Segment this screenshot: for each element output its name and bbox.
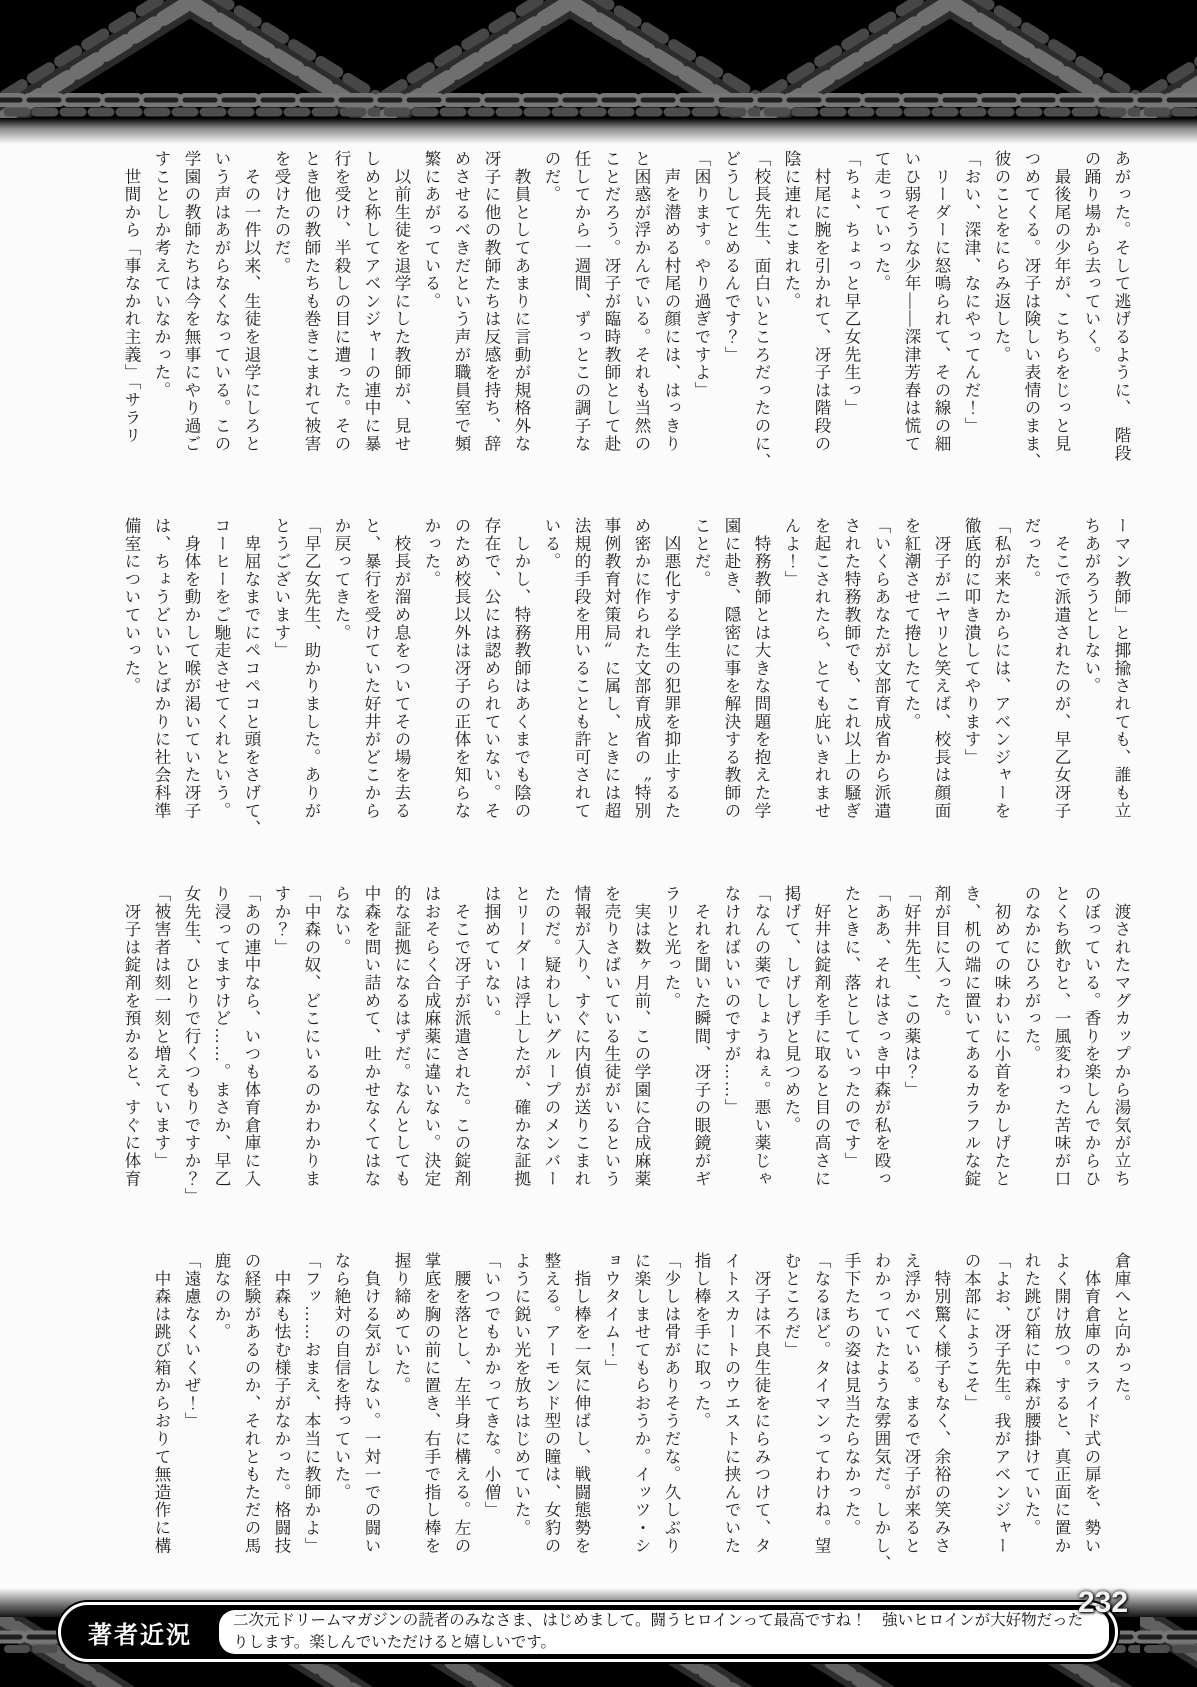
text-line: 「ああ、それはさっき中森が私を殴っ [866, 885, 896, 1223]
text-line: 冴子は錠剤を預かると、すぐに体育 [116, 885, 146, 1223]
text-line: 「私が来たからには、アベンジャーを [986, 517, 1016, 855]
text-line: のなかにひろがった。 [1016, 885, 1046, 1223]
text-line: 冴子は不良生徒をにらみつけて、タ [746, 1252, 776, 1590]
text-line: された特務教師でも、これ以上の騒ぎ [836, 517, 866, 855]
text-line: なら絶対の自信を持っていた。 [326, 1252, 356, 1590]
text-line: 「被害者は刻一刻と増えています」 [146, 885, 176, 1223]
text-line: 女先生、ひとりで行くつもりですか？」 [176, 885, 206, 1223]
text-line: 備室についていった。 [116, 517, 146, 855]
text-line: き、机の端に置いてあるカラフルな錠 [956, 885, 986, 1223]
text-line: 世間から「事なかれ主義」「サラリ [116, 150, 146, 488]
text-line: 渡されたマグカップから湯気が立ち [1106, 885, 1136, 1223]
text-line: 行を受け、半殺しの目に遭った。その [326, 150, 356, 488]
text-line: 「いつでもかかってきな。小僧」 [476, 1252, 506, 1590]
text-line: 鹿なのか。 [206, 1252, 236, 1590]
text-line: いる。 [536, 517, 566, 855]
text-line: とき他の教師たちも巻きこまれて被害 [296, 150, 326, 488]
text-band: 倉庫へと向かった。 体育倉庫のスライド式の扉を、勢いよく開け放つ。すると、真正面… [112, 1252, 1136, 1590]
text-line: 法規的手段を用いることも許可されて [566, 517, 596, 855]
text-line: ように鋭い光を放ちはじめていた。 [506, 1252, 536, 1590]
text-line: たのだ。疑わしいグループのメンバー [536, 885, 566, 1223]
text-line: 倉庫へと向かった。 [1106, 1252, 1136, 1590]
text-line: しかし、特務教師はあくまでも陰の [506, 517, 536, 855]
text-line: んよ！」 [776, 517, 806, 855]
text-line: 「中森の奴、どこにいるのかわかりま [296, 885, 326, 1223]
text-line: 負ける気がしない。一対一での闘い [356, 1252, 386, 1590]
text-line: ちあがろうとしない。 [1076, 517, 1106, 855]
text-band: あがった。そして逃げるように、 階段の踊り場から去っていく。 最後尾の少年が、こ… [112, 150, 1136, 488]
text-line: とくち飲むと、一風変わった苦味が口 [1046, 885, 1076, 1223]
text-line: 掲げて、しげしげと見つめた。 [776, 885, 806, 1223]
author-note-textbox: 二次元ドリームマガジンの読者のみなさま、はじめまして。闘うヒロインって最高ですね… [219, 1610, 1109, 1654]
text-line: つめてくる。冴子は険しい表情のまま、 [1016, 150, 1046, 488]
text-line: しめと称してアベンジャーの連中に暴 [356, 150, 386, 488]
text-line: いひ弱そうな少年――深津芳春は慌て [896, 150, 926, 488]
text-line: その一件以来、生徒を退学にしろと [236, 150, 266, 488]
text-line: 彼のことをにらみ返した。 [986, 150, 1016, 488]
text-line: 特務教師とは大きな問題を抱えた学 [746, 517, 776, 855]
text-line: ーマン教師」と揶揄されても、誰も立 [1106, 517, 1136, 855]
text-line: あがった。そして逃げるように、 階段 [1106, 150, 1136, 488]
text-line: 中森も怯む様子がなかった。格闘技 [266, 1252, 296, 1590]
text-line: リーダーに怒鳴られて、その線の細 [926, 150, 956, 488]
text-line: むところだ」 [776, 1252, 806, 1590]
text-line: 「おい、深津、なにやってんだ！」 [956, 150, 986, 488]
text-line: 事例教育対策局〟に属し、ときには超 [596, 517, 626, 855]
text-line: 卑屈なまでにペコペコと頭をさげて、 [236, 517, 266, 855]
text-line: いう声はあがらなくなっている。この [206, 150, 236, 488]
text-line: 「よお、冴子先生。我がアベンジャー [986, 1252, 1016, 1590]
text-line: か戻ってきた。 [326, 517, 356, 855]
text-line: 存在で、公には認められていない。そ [476, 517, 506, 855]
text-line: 実は数ヶ月前、この学園に合成麻薬 [626, 885, 656, 1223]
novel-text: あがった。そして逃げるように、 階段の踊り場から去っていく。 最後尾の少年が、こ… [112, 150, 1136, 1590]
text-line: 「なんの薬でしょうねぇ。悪い薬じゃ [746, 885, 776, 1223]
text-line: れた跳び箱に中森が腰掛けていた。 [1016, 1252, 1046, 1590]
text-line: を受けたのだ。 [266, 150, 296, 488]
text-line: すか？」 [266, 885, 296, 1223]
text-line: とリーダーは浮上したが、確かな証拠 [506, 885, 536, 1223]
text-line: 剤が目に入った。 [926, 885, 956, 1223]
text-band: 渡されたマグカップから湯気が立ちのぼっている。香りを楽しんでからひとくち飲むと、… [112, 885, 1136, 1223]
text-line: だった。 [1016, 517, 1046, 855]
text-line: 「いくらあなたが文部育成省から派遣 [866, 517, 896, 855]
text-line: 「少しは骨がありそうだな。久しぶり [656, 1252, 686, 1590]
text-line: 「あの連中なら、いつも体育倉庫に入 [236, 885, 266, 1223]
text-line: ことだ。 [686, 517, 716, 855]
page-number: 232 [1078, 1586, 1128, 1620]
text-line: 腰を落とし、左半身に構える。左の [446, 1252, 476, 1590]
text-line: の踊り場から去っていく。 [1076, 150, 1106, 488]
text-line: 「校長先生、面白いところだったのに、 [746, 150, 776, 488]
text-line: ョウタイム！」 [596, 1252, 626, 1590]
text-line: イトスカートのウエストに挟んでいた [716, 1252, 746, 1590]
text-band: ーマン教師」と揶揄されても、誰も立ちあがろうとしない。 そこで派遣されたのが、早… [112, 517, 1136, 855]
text-line: 指し棒を手に取った。 [686, 1252, 716, 1590]
text-line: を売りさばいている生徒がいるという [596, 885, 626, 1223]
text-line: 教員としてあまりに言動が規格外な [506, 150, 536, 488]
text-line: は、ちょうどいいとばかりに社会科準 [146, 517, 176, 855]
text-line: に楽しませてもらおうか。イッツ・シ [626, 1252, 656, 1590]
text-line: を紅潮させて捲したてた。 [896, 517, 926, 855]
text-line: 初めての味わいに小首をかしげたと [986, 885, 1016, 1223]
text-line: え浮かべている。まるで冴子が来ると [896, 1252, 926, 1590]
text-line: 園に赴き、隠密に事を解決する教師の [716, 517, 746, 855]
text-line: 身体を動かして喉が渇いていた冴子 [176, 517, 206, 855]
text-line: 村尾に腕を引かれて、冴子は階段の [806, 150, 836, 488]
text-line: 手下たちの姿は見当たらなかった。 [836, 1252, 866, 1590]
text-line: ことだろう。冴子が臨時教師として赴 [596, 150, 626, 488]
text-line: わかっていたような雰囲気だ。しかし、 [866, 1252, 896, 1590]
text-line: のだ。 [536, 150, 566, 488]
text-line: 体育倉庫のスライド式の扉を、勢い [1076, 1252, 1106, 1590]
top-fade-gradient [0, 118, 1197, 144]
text-line: 「フッ……おまえ、本当に教師かよ」 [296, 1252, 326, 1590]
text-line: り浸ってますけど……。まさか、早乙 [206, 885, 236, 1223]
text-line: 冴子がニヤリと笑えば、校長は顔面 [926, 517, 956, 855]
text-line: 凶悪化する学生の犯罪を抑止するた [656, 517, 686, 855]
text-line: 「困ります。やり過ぎですよ」 [686, 150, 716, 488]
text-line: すことしか考えていなかった。 [146, 150, 176, 488]
text-line: め密かに作られた文部育成省の〝特別 [626, 517, 656, 855]
text-line: 「遠慮なくいくぜ！」 [176, 1252, 206, 1590]
author-note: 著者近況 二次元ドリームマガジンの読者のみなさま、はじめまして。闘うヒロインって… [58, 1602, 1118, 1662]
text-line: たときに、落としていったのです」 [836, 885, 866, 1223]
text-line: のぼっている。香りを楽しんでからひ [1076, 885, 1106, 1223]
text-line: 学園の教師たちは今を無事にやり過ご [176, 150, 206, 488]
text-line: は掴めていない。 [476, 885, 506, 1223]
text-line: めさせるべきだという声が職員室で頻 [446, 150, 476, 488]
text-line: 最後尾の少年が、こちらをじっと見 [1046, 150, 1076, 488]
chain-border-top [0, 0, 1197, 118]
text-line: 掌底を胸の前に置き、右手で指し棒を [416, 1252, 446, 1590]
text-line: 整える。アーモンド型の瞳は、女豹の [536, 1252, 566, 1590]
text-line: 「なるほど。タイマンってわけね。望 [806, 1252, 836, 1590]
text-line: 陰に連れこまれた。 [776, 150, 806, 488]
text-line: の経験があるのか、それともただの馬 [236, 1252, 266, 1590]
text-line: と困惑が浮かんでいる。それも当然の [626, 150, 656, 488]
text-line: 好井は錠剤を手に取ると目の高さに [806, 885, 836, 1223]
text-line: はおそらく合成麻薬に違いない。決定 [416, 885, 446, 1223]
text-line: を起こされたら、とても庇いきれませ [806, 517, 836, 855]
text-line: そこで冴子が派遣された。この錠剤 [446, 885, 476, 1223]
text-line: 声を潜める村尾の顔には、はっきり [656, 150, 686, 488]
text-line: 徹底的に叩き潰してやります」 [956, 517, 986, 855]
text-line: の本部にようこそ」 [956, 1252, 986, 1590]
text-line: 以前生徒を退学にした教師が、見せ [386, 150, 416, 488]
text-line: 情報が入り、すぐに内偵が送りこまれ [566, 885, 596, 1223]
text-line: 繁にあがっている。 [416, 150, 446, 488]
text-line: らない。 [326, 885, 356, 1223]
text-line: と、暴行を受けていた好井がどこから [356, 517, 386, 855]
text-line: 校長が溜め息をついてその場を去る [386, 517, 416, 855]
author-note-label: 著者近況 [61, 1605, 219, 1659]
text-line: て走っていった。 [866, 150, 896, 488]
text-line: それを聞いた瞬間、冴子の眼鏡がギ [686, 885, 716, 1223]
text-line: そこで派遣されたのが、早乙女冴子 [1046, 517, 1076, 855]
text-line: 「好井先生、この薬は？」 [896, 885, 926, 1223]
text-line: とうございます」 [266, 517, 296, 855]
text-line: よく開け放つ。すると、真正面に置か [1046, 1252, 1076, 1590]
text-line: ラリと光った。 [656, 885, 686, 1223]
text-line: 特別驚く様子もなく、余裕の笑みさ [926, 1252, 956, 1590]
text-line: 指し棒を一気に伸ばし、戦闘態勢を [566, 1252, 596, 1590]
author-note-text: 二次元ドリームマガジンの読者のみなさま、はじめまして。闘うヒロインって最高ですね… [233, 1610, 1095, 1655]
book-page: あがった。そして逃げるように、 階段の踊り場から去っていく。 最後尾の少年が、こ… [0, 0, 1197, 1687]
text-line: 「ちょ、ちょっと早乙女先生っ」 [836, 150, 866, 488]
text-line: 冴子に他の教師たちは反感を持ち、辞 [476, 150, 506, 488]
text-line: かった。 [416, 517, 446, 855]
text-line: コーヒーをご馳走させてくれという。 [206, 517, 236, 855]
text-line: 中森は跳び箱からおりて無造作に構 [146, 1252, 176, 1590]
text-line: 「早乙女先生、助かりました。ありが [296, 517, 326, 855]
text-line: 任してから一週間、ずっとこの調子な [566, 150, 596, 488]
text-line: 的な証拠になるはずだ。なんとしても [386, 885, 416, 1223]
text-line: 握り締めていた。 [386, 1252, 416, 1590]
text-line: のため校長以外は冴子の正体を知らな [446, 517, 476, 855]
text-line: なければいいのですが……」 [716, 885, 746, 1223]
chain-pattern-top-icon [0, 0, 1197, 118]
text-line: 中森を問い詰めて、吐かせなくてはな [356, 885, 386, 1223]
text-line: どうしてとめるんです？」 [716, 150, 746, 488]
